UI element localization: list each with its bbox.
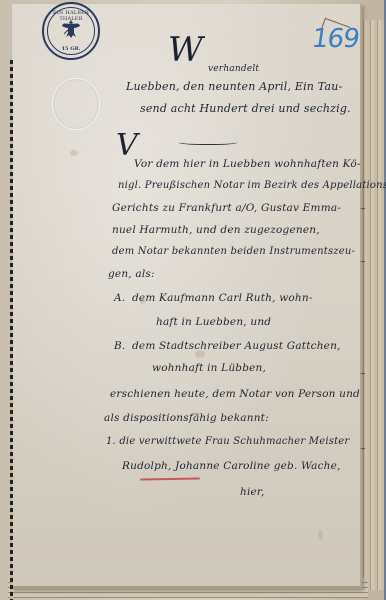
text-line-3: Vor dem hier in Luebben wohnhaften Kö- bbox=[134, 158, 361, 170]
text-line-6: nuel Harmuth, und den zugezogenen, bbox=[112, 224, 320, 236]
margin-mark: ~ bbox=[360, 370, 366, 378]
text-line-11: 1. die verwittwete Frau Schuhmacher Meis… bbox=[106, 436, 349, 447]
witness-b-line2: wohnhaft in Lübben, bbox=[152, 362, 266, 374]
text-line-2: send acht Hundert drei und sechzig. bbox=[140, 102, 351, 115]
witness-a-marker: A. bbox=[114, 292, 125, 304]
text-line-7: dem Notar bekannten beiden Instrumentsze… bbox=[112, 246, 355, 257]
flourish bbox=[178, 138, 238, 145]
witness-b-marker: B. bbox=[114, 340, 125, 352]
binding-cord bbox=[10, 60, 13, 600]
paper-stain bbox=[70, 150, 78, 156]
margin-mark: ~ bbox=[360, 258, 366, 266]
text-line-13: hier, bbox=[240, 486, 265, 498]
witness-b-line1: dem Stadtschreiber August Gattchen, bbox=[132, 340, 341, 352]
embossed-seal bbox=[52, 78, 100, 130]
paper-stain bbox=[318, 530, 323, 540]
tax-stamp: EIN HALBER THALER 15 GR. bbox=[42, 2, 100, 60]
eagle-icon bbox=[61, 18, 81, 40]
margin-mark: ~ bbox=[360, 445, 366, 453]
text-line-8: gen, als: bbox=[108, 268, 155, 280]
witness-a-line1: dem Kaufmann Carl Ruth, wohn- bbox=[132, 292, 313, 304]
margin-mark: ~ bbox=[360, 205, 366, 213]
text-line-1: Luebben, den neunten April, Ein Tau- bbox=[126, 80, 342, 93]
text-line-5: Gerichts zu Frankfurt a/O, Gustav Emma- bbox=[112, 202, 341, 214]
heading-caption: verhandelt bbox=[208, 64, 259, 74]
text-line-10: als dispositionsfähig bekannt: bbox=[104, 412, 269, 424]
text-line-4: nigl. Preußischen Notar im Bezirk des Ap… bbox=[118, 180, 386, 191]
text-line-12: Rudolph, Johanne Caroline geb. Wache, bbox=[122, 460, 341, 472]
stamp-value: 15 GR. bbox=[44, 46, 98, 52]
page-edges-right bbox=[360, 20, 384, 590]
text-line-9: erschienen heute, dem Notar von Person u… bbox=[110, 388, 360, 400]
heading-initial: W bbox=[168, 30, 203, 70]
folio-number: 169 bbox=[310, 24, 361, 54]
witness-a-line2: haft in Luebben, und bbox=[156, 316, 271, 328]
